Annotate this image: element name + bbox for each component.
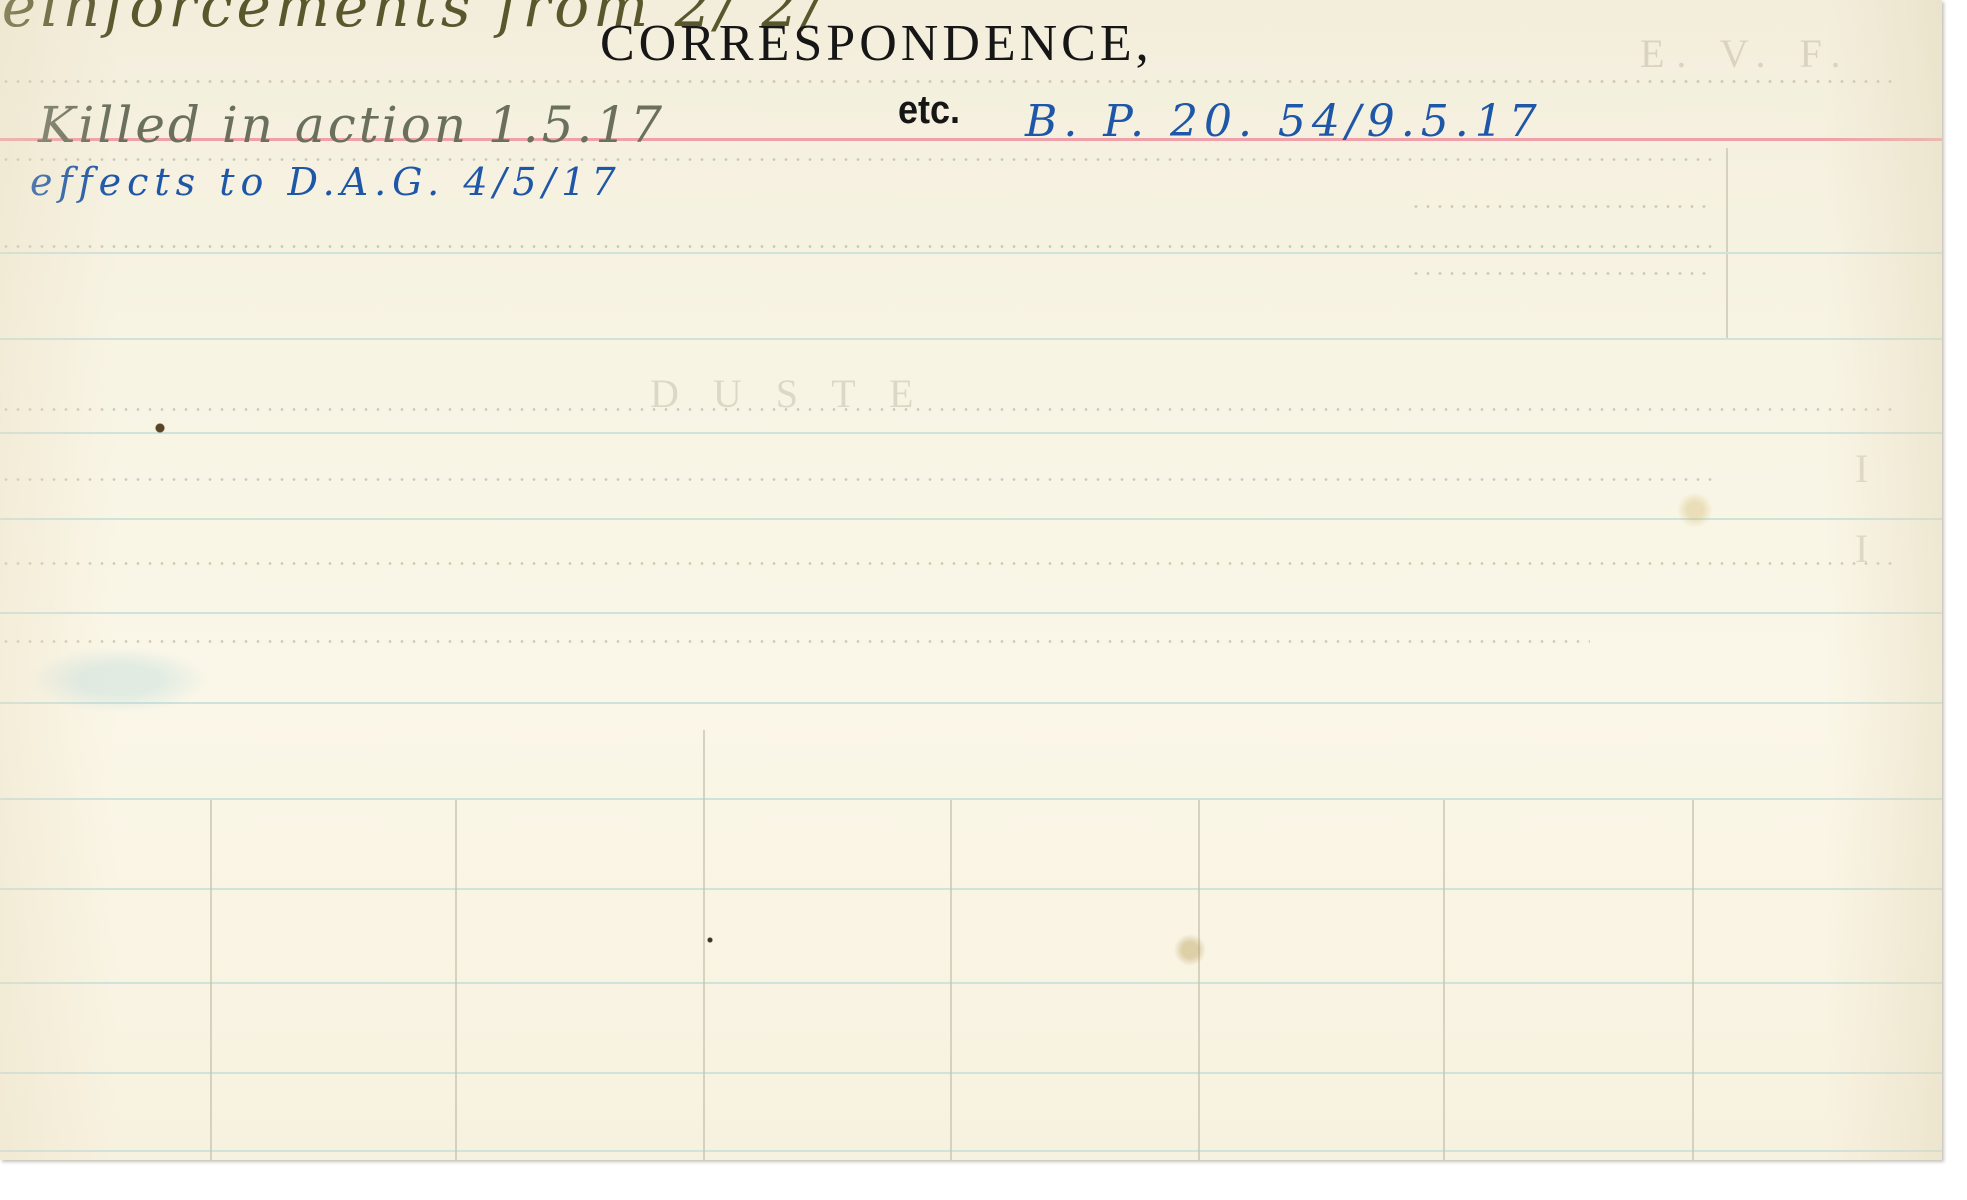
faded-bleedthrough: I bbox=[1855, 445, 1880, 492]
grid-column-line bbox=[1198, 800, 1200, 1160]
handwritten-entry-killed: Killed in action 1.5.17 bbox=[38, 96, 665, 154]
faded-bleedthrough: E. V. F. bbox=[1640, 30, 1852, 77]
dotted-rule bbox=[0, 245, 1720, 248]
box-divider bbox=[1726, 148, 1728, 338]
record-card: reinforcements from 2/ 2/ CORRESPONDENCE… bbox=[0, 0, 1942, 1160]
dotted-rule bbox=[0, 640, 1590, 643]
faded-bleedthrough: D U S T E bbox=[650, 370, 925, 417]
ruled-line bbox=[0, 982, 1942, 984]
dotted-rule bbox=[0, 158, 1720, 161]
dotted-rule bbox=[0, 408, 1900, 411]
grid-column-line bbox=[1692, 800, 1694, 1160]
dotted-rule bbox=[0, 80, 1900, 83]
handwritten-entry-bp: B. P. 20. 54/9.5.17 bbox=[1025, 96, 1543, 147]
ruled-line bbox=[0, 1150, 1942, 1152]
handwritten-entry-effects: effects to D.A.G. 4/5/17 bbox=[30, 160, 622, 204]
dotted-rule bbox=[0, 562, 1900, 565]
ruled-line bbox=[0, 1072, 1942, 1074]
ruled-line bbox=[0, 888, 1942, 890]
ruled-line bbox=[0, 702, 1942, 704]
ruled-line bbox=[0, 612, 1942, 614]
dotted-rule bbox=[1410, 272, 1710, 275]
dotted-rule bbox=[0, 478, 1720, 481]
grid-column-line bbox=[455, 800, 457, 1160]
dotted-rule bbox=[1410, 205, 1710, 208]
printed-title: CORRESPONDENCE, bbox=[600, 14, 1153, 73]
grid-column-line bbox=[950, 800, 952, 1160]
ruled-line bbox=[0, 518, 1942, 520]
grid-column-line bbox=[210, 800, 212, 1160]
printed-subtitle: etc. bbox=[898, 88, 960, 133]
ruled-line bbox=[0, 252, 1942, 254]
ruled-line bbox=[0, 432, 1942, 434]
grid-column-line bbox=[703, 730, 705, 1160]
ruled-line bbox=[0, 798, 1942, 800]
grid-column-line bbox=[1443, 800, 1445, 1160]
ruled-line bbox=[0, 338, 1942, 340]
faded-bleedthrough: I bbox=[1855, 525, 1880, 572]
